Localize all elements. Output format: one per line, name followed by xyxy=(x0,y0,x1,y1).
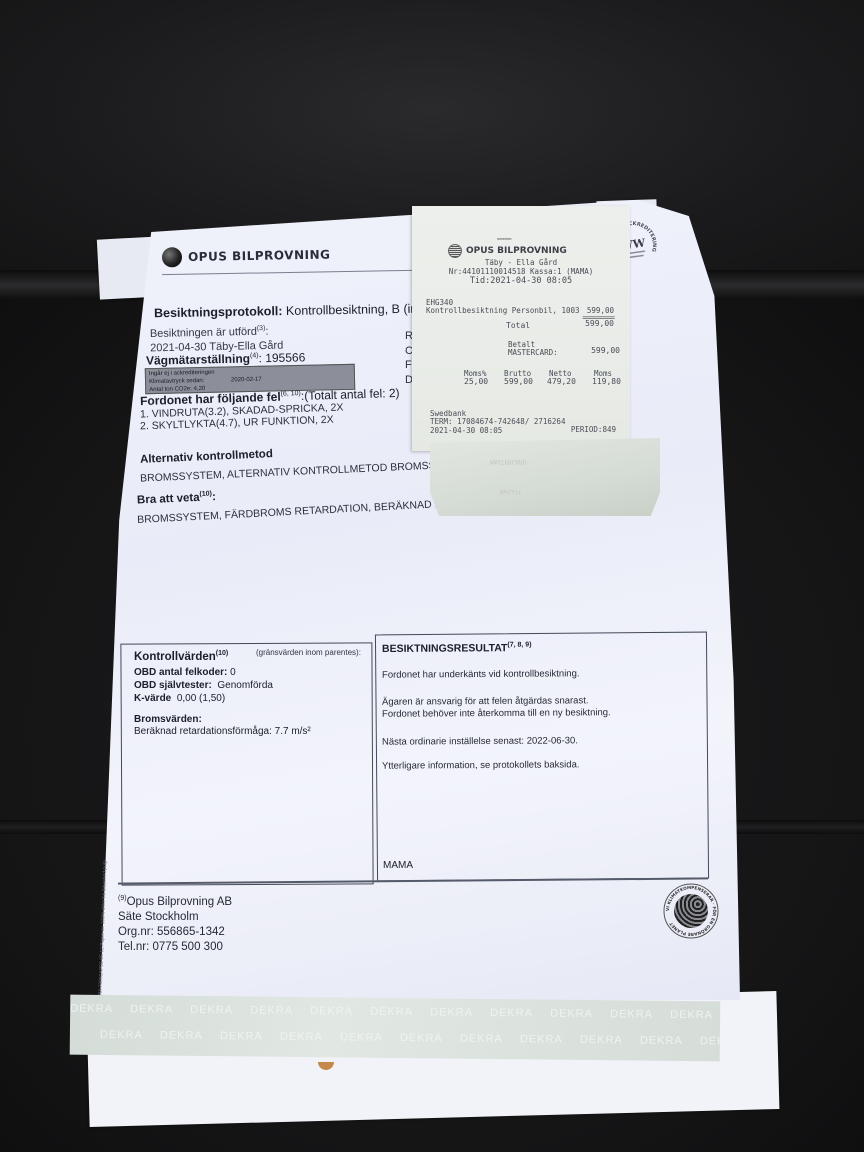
good-to-know-sup: (10) xyxy=(199,490,212,498)
receipt-card-amount: 599,00 xyxy=(591,346,620,355)
receipt-period: PERIOD:849 xyxy=(571,425,616,434)
receipt-terminal: TERM: 17084674-742648/ 2716264 xyxy=(430,417,565,426)
k-value-value: 0,00 (1,50) xyxy=(177,693,225,704)
opus-logo-icon xyxy=(162,247,182,267)
receipt-time: Tid:2021-04-30 08:05 xyxy=(412,276,630,286)
vat-value: 599,00 xyxy=(504,377,533,386)
company-phone: Tel.nr: 0775 500 300 xyxy=(118,940,232,955)
receipt-card-label: MASTERCARD: xyxy=(508,348,558,357)
receipt-total-amount: 599,00 xyxy=(585,319,614,328)
result-line: Nästa ordinarie inställelse senast: 2022… xyxy=(382,735,578,747)
control-values-heading: Kontrollvärden(10) xyxy=(134,650,228,663)
company-org-number: Org.nr: 556865-1342 xyxy=(118,925,232,940)
company-name: Opus Bilprovning AB xyxy=(127,896,232,908)
receipt-folded-edge: MASTERCARD: Betalt xyxy=(430,438,660,516)
limits-note: (gränsvärden inom parentes): xyxy=(256,648,361,657)
inspector-signature: MAMA xyxy=(383,860,413,871)
k-value-label: K-värde xyxy=(134,693,171,704)
brand-name: OPUS BILPROVNING xyxy=(188,248,331,264)
obd-fault-codes: OBD antal felkoder: 0 xyxy=(134,667,236,678)
result-line: Ytterligare information, se protokollets… xyxy=(382,759,580,771)
performed-sup: (3) xyxy=(257,325,266,332)
receipt-date: 2021-04-30 08:05 xyxy=(430,426,502,435)
k-value: K-värde 0,00 (1,50) xyxy=(134,693,225,704)
odometer-sup: (4) xyxy=(250,352,259,359)
company-info: (9)Opus Bilprovning AB Säte Stockholm Or… xyxy=(118,891,232,955)
receipt-logo-icon xyxy=(448,244,462,258)
climate-seal-icon: VI KLIMATKOMPENSERAR · FÖR EN GRÖNARE PL… xyxy=(662,882,720,940)
receipt-station: Täby - Ella Gård xyxy=(412,258,630,267)
company-sup: (9) xyxy=(118,895,127,902)
dekra-watermark-row: DEKRADEKRADEKRADEKRADEKRADEKRADEKRADEKRA… xyxy=(100,1029,720,1048)
payment-receipt: ▬▬▬▬▬▬ OPUS BILPROVNING Täby - Ella Gård… xyxy=(412,206,630,451)
obd-selftests: OBD självtester: Genomförda xyxy=(134,680,273,691)
brake-deceleration-value: 7.7 m/s² xyxy=(275,726,311,737)
control-values-box xyxy=(120,642,373,885)
receipt-total-label: Total xyxy=(506,321,530,330)
brake-deceleration: Beräknad retardationsförmåga: 7.7 m/s² xyxy=(134,726,311,737)
result-heading-label: BESIKTNINGSRESULTAT xyxy=(382,642,508,655)
protocol-title-value: Kontrollbesiktning, B (in xyxy=(286,302,418,318)
receipt-number: Nr:44101110014518 Kassa:1 (MAMA) xyxy=(412,267,630,276)
company-seat: Säte Stockholm xyxy=(118,910,232,925)
control-values-sup: (10) xyxy=(216,650,228,657)
inspection-performed: Besiktningen är utförd(3): 2021-04-30 Tä… xyxy=(150,322,284,355)
odometer-label: Vägmätarställning xyxy=(146,351,250,367)
dekra-watermark-row: DEKRADEKRADEKRADEKRADEKRADEKRADEKRADEKRA… xyxy=(70,1003,720,1022)
result-line: Fordonet behöver inte återkomma till en … xyxy=(382,707,611,720)
climate-since-value: 2020-02-17 xyxy=(231,376,262,385)
vat-value: 479,20 xyxy=(547,377,576,386)
result-heading: BESIKTNINGSRESULTAT(7, 8, 9) xyxy=(382,641,532,655)
receipt-fold-text: Betalt xyxy=(500,488,522,495)
receipt-fold-text: MASTERCARD: xyxy=(490,458,530,465)
performed-label: Besiktningen är utförd xyxy=(150,326,257,340)
receipt-mini-header: ▬▬▬▬▬▬ xyxy=(497,236,511,241)
protocol-title-label: Besiktningsprotokoll: xyxy=(154,304,283,320)
receipt-logo: OPUS BILPROVNING xyxy=(448,244,567,258)
brake-values-heading: Bromsvärden: xyxy=(134,714,202,725)
obd-fault-codes-label: OBD antal felkoder: xyxy=(134,667,227,678)
opus-logo: OPUS BILPROVNING xyxy=(162,245,331,268)
obd-fault-codes-value: 0 xyxy=(230,667,236,678)
result-line: Ägaren är ansvarig för att felen åtgärda… xyxy=(382,695,589,707)
climate-since-label: Klimatavtryck sedan: xyxy=(149,378,204,385)
defects-sup: (6, 10) xyxy=(280,390,300,398)
vat-value: 25,00 xyxy=(464,377,488,386)
obd-selftests-label: OBD självtester: xyxy=(134,680,212,691)
odometer-value: 195566 xyxy=(265,350,305,365)
brake-deceleration-label: Beräknad retardationsförmåga: xyxy=(134,726,272,737)
dekra-adhesive-strip: DEKRADEKRADEKRADEKRADEKRADEKRADEKRADEKRA… xyxy=(70,995,721,1062)
vat-value: 119,80 xyxy=(592,377,621,386)
result-line: Fordonet har underkänts vid kontrollbesi… xyxy=(382,668,580,680)
obd-selftests-value: Genomförda xyxy=(217,680,273,691)
result-sup: (7, 8, 9) xyxy=(507,641,531,648)
receipt-brand: OPUS BILPROVNING xyxy=(466,246,567,256)
control-values-label: Kontrollvärden xyxy=(134,651,216,663)
receipt-item: Kontrollbesiktning Personbil, 1003 xyxy=(426,306,580,315)
